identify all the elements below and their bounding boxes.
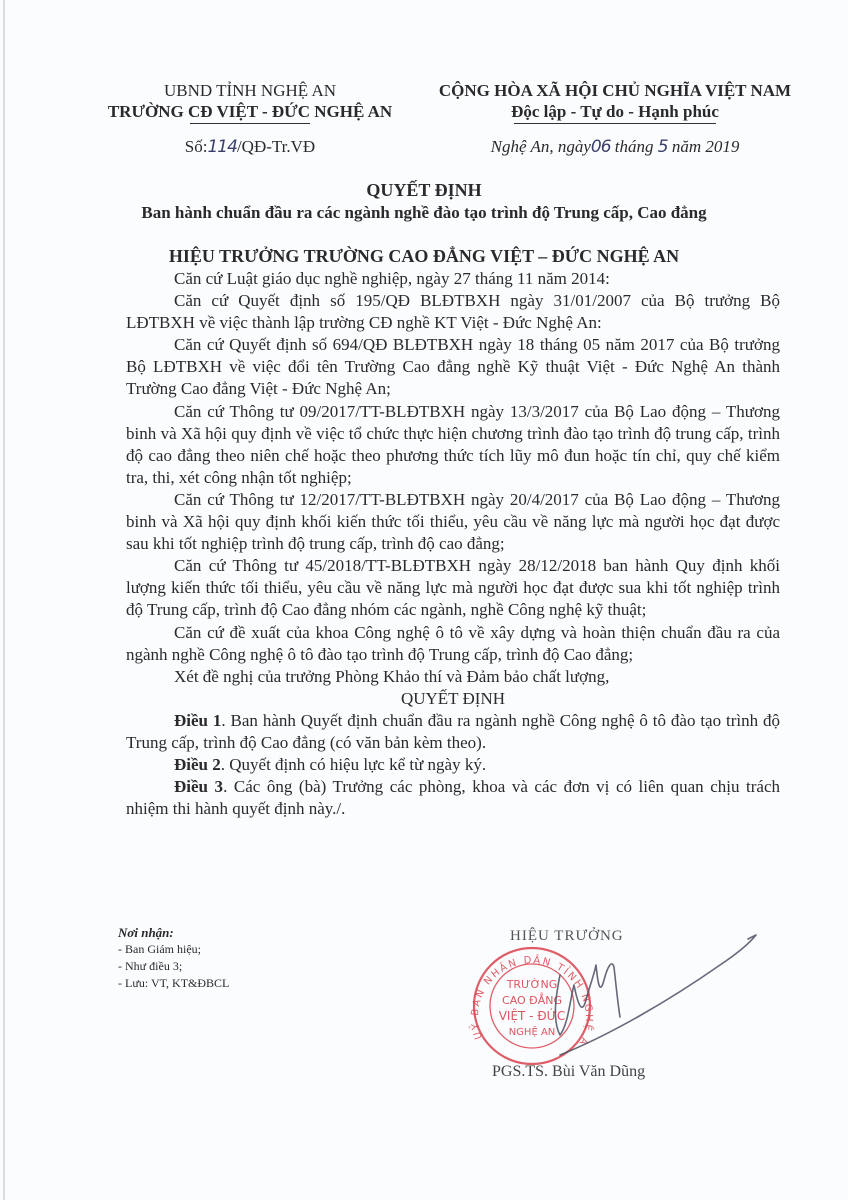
recipient-item: - Lưu: VT, KT&ĐBCL xyxy=(118,975,229,992)
basis-item: Xét đề nghị của trưởng Phòng Khảo thí và… xyxy=(126,666,780,688)
date-line: Nghệ An, ngày06 tháng 5 năm 2019 xyxy=(400,137,830,157)
article-2: Điều 2. Quyết định có hiệu lực kể từ ngà… xyxy=(126,754,780,776)
document-number: Số:114/QĐ-Tr.VĐ xyxy=(100,137,400,157)
authority-line: UBND TỈNH NGHỆ AN xyxy=(100,80,400,101)
document-subtitle: Ban hành chuẩn đầu ra các ngành nghề đào… xyxy=(0,203,848,223)
basis-item: Căn cứ Luật giáo dục nghề nghiệp, ngày 2… xyxy=(126,268,780,290)
national-motto: CỘNG HÒA XÃ HỘI CHỦ NGHĨA VIỆT NAM Độc l… xyxy=(400,80,830,124)
issuer-heading: HIỆU TRƯỞNG TRƯỜNG CAO ĐẲNG VIỆT – ĐỨC N… xyxy=(0,246,848,267)
handwritten-day: 06 xyxy=(591,137,611,157)
handwritten-signature-icon xyxy=(520,905,780,1075)
recipient-item: - Như điều 3; xyxy=(118,958,229,975)
basis-item: Căn cứ Thông tư 45/2018/TT-BLĐTBXH ngày … xyxy=(126,555,780,621)
basis-item: Căn cứ Thông tư 09/2017/TT-BLĐTBXH ngày … xyxy=(126,401,780,489)
article-3: Điều 3. Các ông (bà) Trưởng các phòng, k… xyxy=(126,776,780,820)
recipients-block: Nơi nhận: - Ban Giám hiệu; - Như điều 3;… xyxy=(118,924,229,992)
basis-item: Căn cứ Thông tư 12/2017/TT-BLĐTBXH ngày … xyxy=(126,489,780,555)
issuing-authority: UBND TỈNH NGHỆ AN TRƯỜNG CĐ VIỆT - ĐỨC N… xyxy=(100,80,400,124)
document-body: Căn cứ Luật giáo dục nghề nghiệp, ngày 2… xyxy=(126,268,780,820)
basis-item: Căn cứ đề xuất của khoa Công nghệ ô tô v… xyxy=(126,622,780,666)
country-name: CỘNG HÒA XÃ HỘI CHỦ NGHĨA VIỆT NAM xyxy=(400,80,830,101)
recipients-heading: Nơi nhận: xyxy=(118,924,229,941)
signer-name: PGS.TS. Bùi Văn Dũng xyxy=(492,1063,645,1081)
document-title: QUYẾT ĐỊNH xyxy=(0,180,848,201)
divider xyxy=(514,123,716,124)
motto: Độc lập - Tự do - Hạnh phúc xyxy=(400,101,830,122)
school-name: TRƯỜNG CĐ VIỆT - ĐỨC NGHỆ AN xyxy=(100,101,400,122)
divider xyxy=(190,123,310,124)
basis-item: Căn cứ Quyết định số 694/QĐ BLĐTBXH ngày… xyxy=(126,334,780,400)
handwritten-month: 5 xyxy=(658,137,668,157)
decision-heading: QUYẾT ĐỊNH xyxy=(126,688,780,710)
article-1: Điều 1. Ban hành Quyết định chuẩn đầu ra… xyxy=(126,710,780,754)
handwritten-number: 114 xyxy=(207,137,236,157)
recipient-item: - Ban Giám hiệu; xyxy=(118,941,229,958)
basis-item: Căn cứ Quyết định số 195/QĐ BLĐTBXH ngày… xyxy=(126,290,780,334)
